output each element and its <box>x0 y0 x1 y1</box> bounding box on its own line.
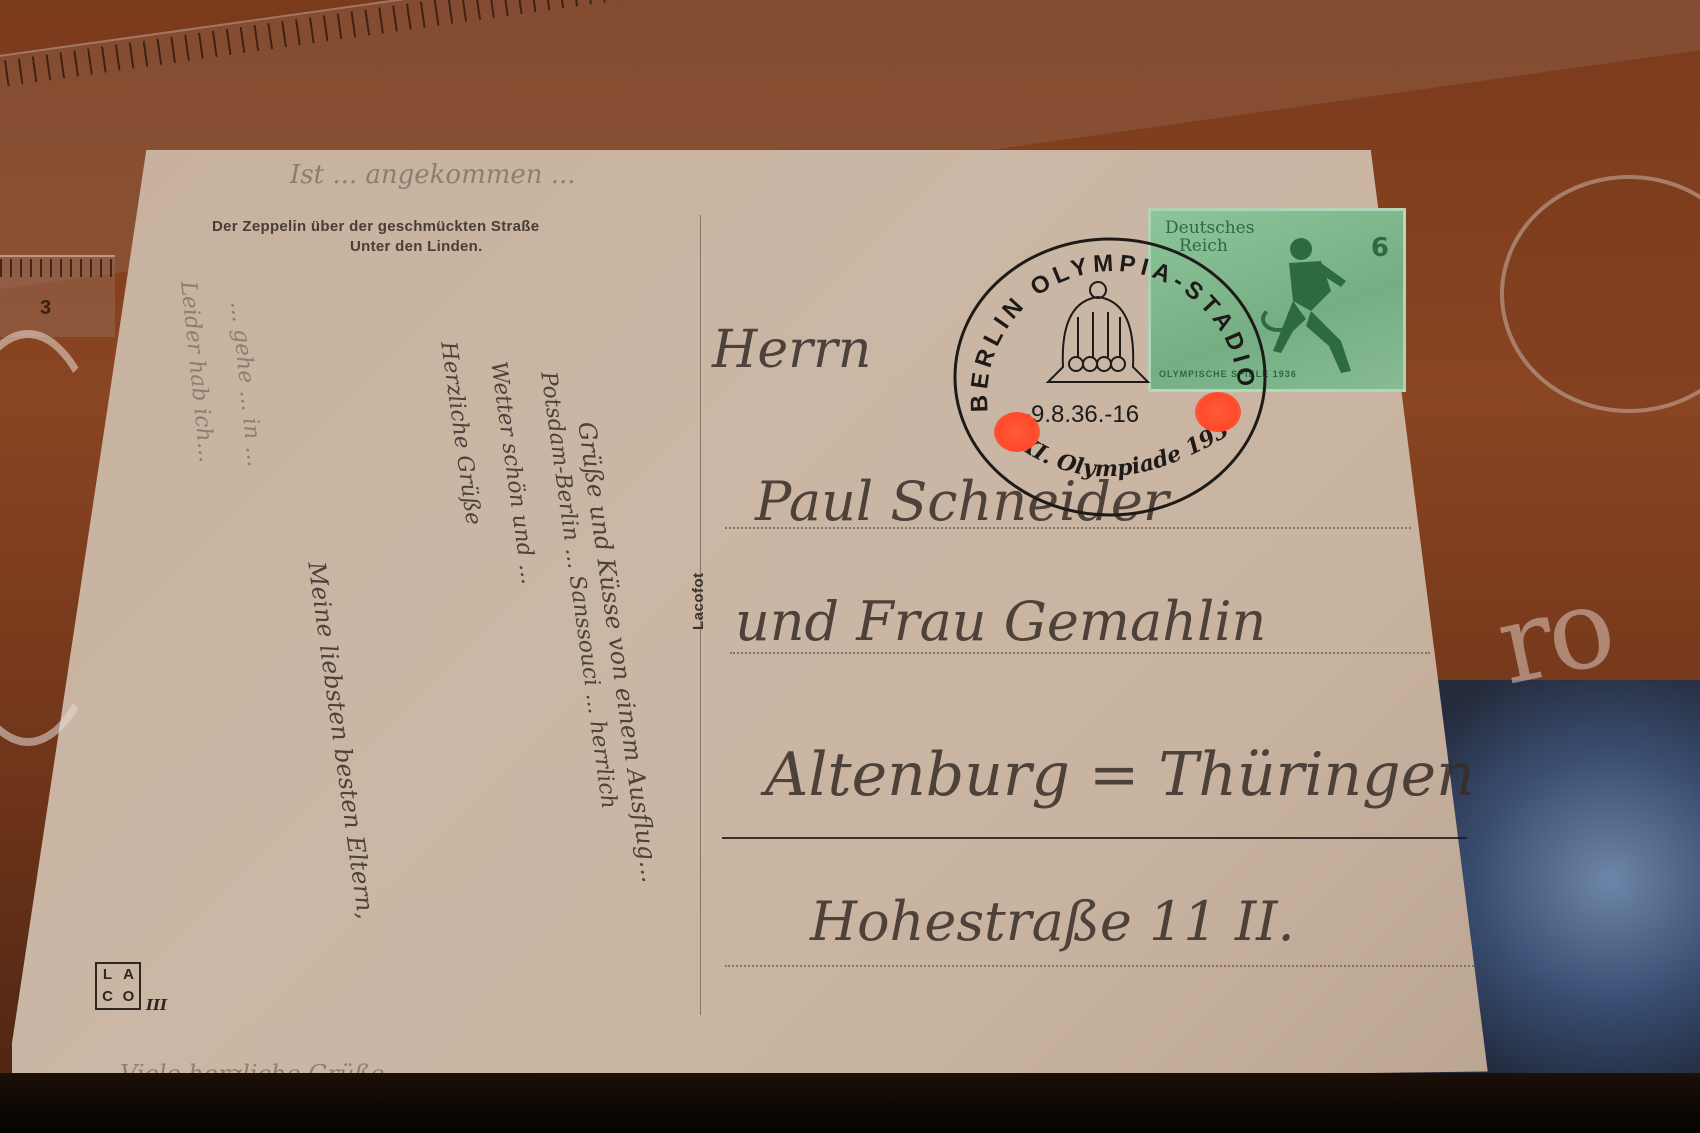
logo-letter: A <box>118 964 139 986</box>
logo-letter: L <box>97 964 118 986</box>
ruler-number: 3 <box>40 297 51 320</box>
protractor-cutout <box>1500 175 1700 413</box>
logo-letter: C <box>97 986 118 1008</box>
olympic-bell-icon <box>1048 282 1148 382</box>
olympia-stadion-postmark: BERLIN OLYMPIA-STADION -9.8.36.-16 XI. O… <box>948 232 1273 522</box>
svg-text:BERLIN OLYMPIA-STADION: BERLIN OLYMPIA-STADION <box>948 232 1260 413</box>
series-number: III <box>146 996 167 1014</box>
address-line-4 <box>725 965 1485 967</box>
address-city: Altenburg = Thüringen <box>765 740 1475 810</box>
dark-foreground <box>0 1073 1700 1133</box>
ruler-left-fragment: 3 <box>0 255 115 337</box>
logo-letter: O <box>118 986 139 1008</box>
ruler-ticks <box>0 0 1700 94</box>
ruler-ticks <box>0 259 115 277</box>
redaction-dot-left <box>994 412 1040 452</box>
postmark-top-text: BERLIN OLYMPIA-STADION <box>948 232 1260 413</box>
address-salutation: Herrn <box>712 320 871 380</box>
margin-note-line: Ist ... angekommen ... <box>290 160 576 190</box>
address-street: Hohestraße 11 II. <box>810 890 1295 953</box>
stamp-value: 6 <box>1371 233 1389 263</box>
photo-scene: 20 ro 3 Der Zeppelin über der geschmückt… <box>0 0 1700 1133</box>
address-underline <box>722 837 1467 839</box>
postcard-caption-line2: Unter den Linden. <box>350 238 483 255</box>
football-player-icon <box>1271 231 1361 381</box>
address-line2: und Frau Gemahlin <box>735 590 1266 653</box>
postcard-caption-line1: Der Zeppelin über der geschmückten Straß… <box>212 218 539 235</box>
postmark-date: -9.8.36.-16 <box>1023 401 1139 428</box>
publisher-name: Lacofot <box>690 572 707 630</box>
laco-publisher-logo: L A C O <box>95 962 141 1010</box>
redaction-dot-right <box>1195 392 1241 432</box>
